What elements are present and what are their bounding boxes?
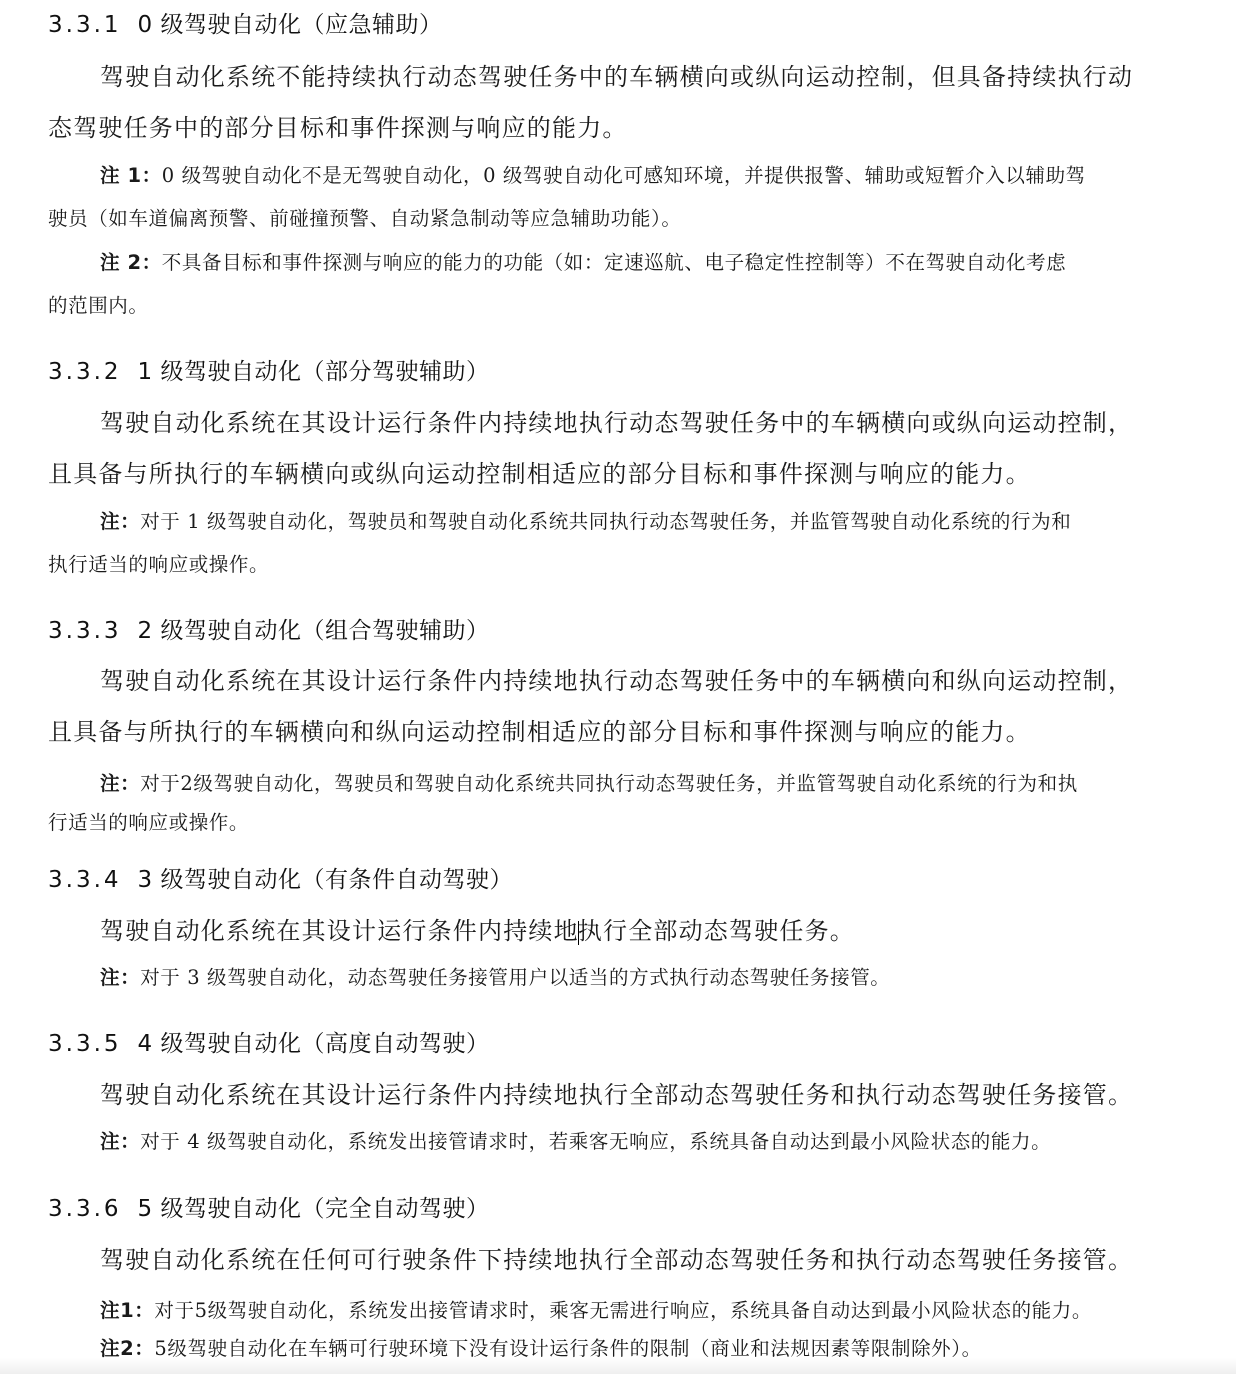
note: 注：对于 4 级驾驶自动化，系统发出接管请求时，若乘客无响应，系统具备自动达到最… xyxy=(100,1126,1051,1154)
body-line: 且具备与所执行的车辆横向或纵向运动控制相适应的部分目标和事件探测与响应的能力。 xyxy=(48,454,1031,489)
note-text: 对于 1 级驾驶自动化，驾驶员和驾驶自动化系统共同执行动态驾驶任务，并监管驾驶自… xyxy=(140,510,1071,533)
section-title: 2 级驾驶自动化（组合驾驶辅助） xyxy=(138,618,490,644)
section-heading-3-3-5: 3.3.54 级驾驶自动化（高度自动驾驶） xyxy=(48,1025,489,1058)
section-title: 5 级驾驶自动化（完全自动驾驶） xyxy=(138,1196,490,1222)
note-label: 注1： xyxy=(100,1299,154,1322)
section-heading-3-3-1: 3.3.10 级驾驶自动化（应急辅助） xyxy=(48,6,442,39)
body-line: 驾驶自动化系统在其设计运行条件内持续地执行动态驾驶任务中的车辆横向或纵向运动控制… xyxy=(100,403,1133,438)
note-text: 不具备目标和事件探测与响应的能力的功能（如：定速巡航、电子稳定性控制等）不在驾驶… xyxy=(162,251,1067,274)
document-page: 3.3.10 级驾驶自动化（应急辅助） 驾驶自动化系统不能持续执行动态驾驶任务中… xyxy=(0,0,1236,1374)
note-label: 注 1： xyxy=(100,164,162,187)
note-label: 注2： xyxy=(100,1337,154,1360)
note-line: 行适当的响应或操作。 xyxy=(48,807,249,835)
section-number: 3.3.2 xyxy=(48,359,122,385)
note-text: 5级驾驶自动化在车辆可行驶环境下没有设计运行条件的限制（商业和法规因素等限制除外… xyxy=(154,1337,981,1360)
note-1: 注 1：0 级驾驶自动化不是无驾驶自动化，0 级驾驶自动化可感知环境，并提供报警… xyxy=(100,160,1086,188)
section-number: 3.3.6 xyxy=(48,1196,122,1222)
body-text-after-caret: 执行全部动态驾驶任务。 xyxy=(578,917,855,945)
note-1: 注1：对于5级驾驶自动化，系统发出接管请求时，乘客无需进行响应，系统具备自动达到… xyxy=(100,1295,1092,1323)
note-text: 对于 4 级驾驶自动化，系统发出接管请求时，若乘客无响应，系统具备自动达到最小风… xyxy=(140,1130,1051,1153)
body-text-before-caret: 驾驶自动化系统在其设计运行条件内持续地 xyxy=(100,917,579,945)
body-line[interactable]: 驾驶自动化系统在其设计运行条件内持续地执行全部动态驾驶任务。 xyxy=(100,911,855,946)
body-line: 态驾驶任务中的部分目标和事件探测与响应的能力。 xyxy=(48,108,628,143)
section-heading-3-3-3: 3.3.32 级驾驶自动化（组合驾驶辅助） xyxy=(48,612,489,645)
note-label: 注： xyxy=(100,1130,140,1153)
note-label: 注： xyxy=(100,772,140,795)
note-text: 对于 3 级驾驶自动化，动态驾驶任务接管用户以适当的方式执行动态驾驶任务接管。 xyxy=(140,966,890,989)
note-text: 0 级驾驶自动化不是无驾驶自动化，0 级驾驶自动化可感知环境，并提供报警、辅助或… xyxy=(162,164,1086,187)
note-label: 注： xyxy=(100,510,140,533)
note: 注：对于2级驾驶自动化，驾驶员和驾驶自动化系统共同执行动态驾驶任务，并监管驾驶自… xyxy=(100,768,1078,796)
body-line: 驾驶自动化系统在其设计运行条件内持续地执行全部动态驾驶任务和执行动态驾驶任务接管… xyxy=(100,1075,1133,1110)
section-number: 3.3.4 xyxy=(48,867,122,893)
note-line: 的范围内。 xyxy=(48,290,149,318)
note-text: 对于2级驾驶自动化，驾驶员和驾驶自动化系统共同执行动态驾驶任务，并监管驾驶自动化… xyxy=(140,772,1078,795)
section-title: 4 级驾驶自动化（高度自动驾驶） xyxy=(138,1031,490,1057)
note-label: 注： xyxy=(100,966,140,989)
section-title: 0 级驾驶自动化（应急辅助） xyxy=(138,12,443,38)
body-line: 且具备与所执行的车辆横向和纵向运动控制相适应的部分目标和事件探测与响应的能力。 xyxy=(48,712,1031,747)
section-title: 3 级驾驶自动化（有条件自动驾驶） xyxy=(138,867,513,893)
note: 注：对于 1 级驾驶自动化，驾驶员和驾驶自动化系统共同执行动态驾驶任务，并监管驾… xyxy=(100,506,1071,534)
section-heading-3-3-2: 3.3.21 级驾驶自动化（部分驾驶辅助） xyxy=(48,353,489,386)
section-number: 3.3.3 xyxy=(48,618,122,644)
note-2: 注2：5级驾驶自动化在车辆可行驶环境下没有设计运行条件的限制（商业和法规因素等限… xyxy=(100,1333,982,1361)
section-title: 1 级驾驶自动化（部分驾驶辅助） xyxy=(138,359,490,385)
body-line: 驾驶自动化系统在任何可行驶条件下持续地执行全部动态驾驶任务和执行动态驾驶任务接管… xyxy=(100,1240,1133,1275)
note-text: 对于5级驾驶自动化，系统发出接管请求时，乘客无需进行响应，系统具备自动达到最小风… xyxy=(154,1299,1092,1322)
note-2: 注 2：不具备目标和事件探测与响应的能力的功能（如：定速巡航、电子稳定性控制等）… xyxy=(100,247,1066,275)
note-line: 执行适当的响应或操作。 xyxy=(48,549,269,577)
section-heading-3-3-6: 3.3.65 级驾驶自动化（完全自动驾驶） xyxy=(48,1190,489,1223)
section-number: 3.3.5 xyxy=(48,1031,122,1057)
page-bottom-shadow xyxy=(0,1358,1236,1374)
note: 注：对于 3 级驾驶自动化，动态驾驶任务接管用户以适当的方式执行动态驾驶任务接管… xyxy=(100,962,890,990)
note-line: 驶员（如车道偏离预警、前碰撞预警、自动紧急制动等应急辅助功能）。 xyxy=(48,203,681,231)
note-label: 注 2： xyxy=(100,251,162,274)
section-number: 3.3.1 xyxy=(48,12,122,38)
body-line: 驾驶自动化系统不能持续执行动态驾驶任务中的车辆横向或纵向运动控制，但具备持续执行… xyxy=(100,57,1133,92)
body-line: 驾驶自动化系统在其设计运行条件内持续地执行动态驾驶任务中的车辆横向和纵向运动控制… xyxy=(100,661,1133,696)
section-heading-3-3-4: 3.3.43 级驾驶自动化（有条件自动驾驶） xyxy=(48,861,513,894)
